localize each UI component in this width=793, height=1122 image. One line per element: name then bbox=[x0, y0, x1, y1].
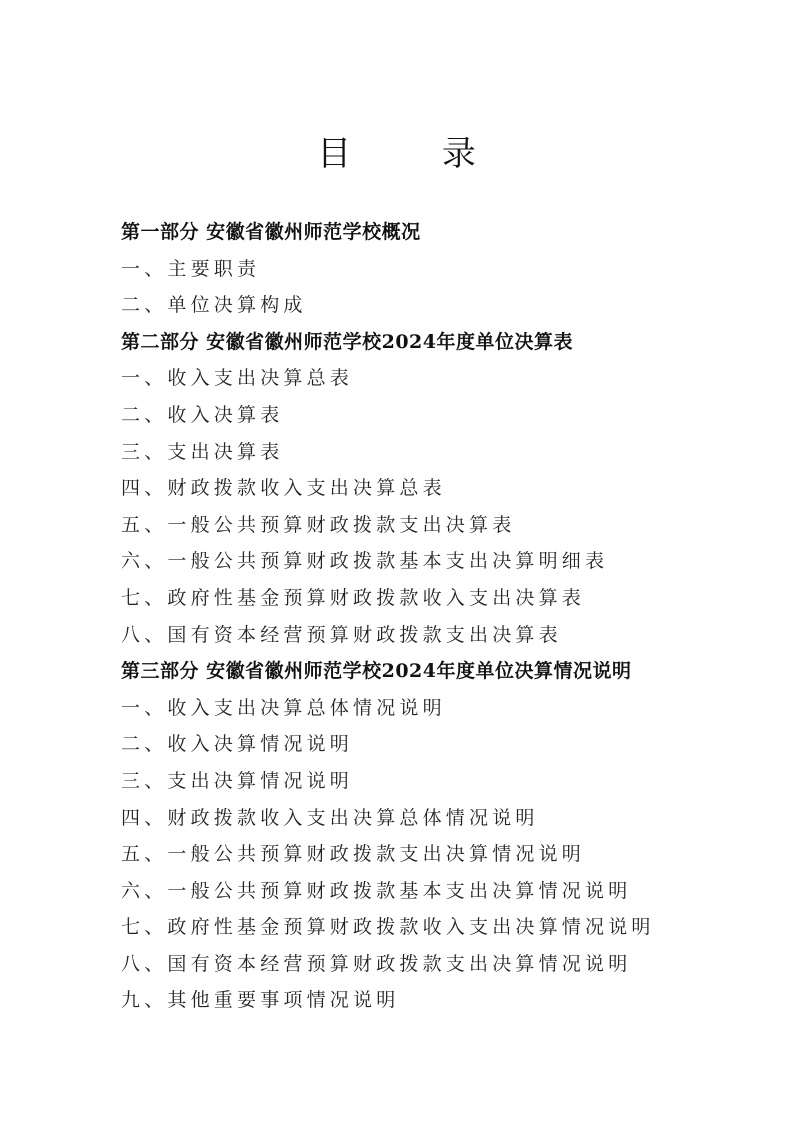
toc-section-heading[interactable]: 第一部分 安徽省徽州师范学校概况 bbox=[121, 214, 741, 251]
toc-item[interactable]: 四、财政拨款收入支出决算总体情况说明 bbox=[121, 800, 741, 837]
toc-item[interactable]: 八、国有资本经营预算财政拨款支出决算情况说明 bbox=[121, 946, 741, 983]
toc-item[interactable]: 一、收入支出决算总表 bbox=[121, 360, 741, 397]
toc-item[interactable]: 五、一般公共预算财政拨款支出决算表 bbox=[121, 507, 741, 544]
page-title: 目 录 bbox=[0, 132, 793, 176]
toc-item[interactable]: 八、国有资本经营预算财政拨款支出决算表 bbox=[121, 617, 741, 654]
toc-item[interactable]: 六、一般公共预算财政拨款基本支出决算明细表 bbox=[121, 543, 741, 580]
toc-item[interactable]: 二、单位决算构成 bbox=[121, 287, 741, 324]
toc-item[interactable]: 二、收入决算表 bbox=[121, 397, 741, 434]
toc-item[interactable]: 一、收入支出决算总体情况说明 bbox=[121, 690, 741, 727]
toc-section-heading[interactable]: 第三部分 安徽省徽州师范学校2024年度单位决算情况说明 bbox=[121, 653, 741, 690]
toc-item[interactable]: 五、一般公共预算财政拨款支出决算情况说明 bbox=[121, 836, 741, 873]
toc-item[interactable]: 六、一般公共预算财政拨款基本支出决算情况说明 bbox=[121, 873, 741, 910]
toc-section-heading[interactable]: 第二部分 安徽省徽州师范学校2024年度单位决算表 bbox=[121, 324, 741, 361]
toc-item[interactable]: 一、主要职责 bbox=[121, 251, 741, 288]
table-of-contents: 第一部分 安徽省徽州师范学校概况 一、主要职责 二、单位决算构成 第二部分 安徽… bbox=[121, 214, 741, 1019]
toc-item[interactable]: 九、其他重要事项情况说明 bbox=[121, 982, 741, 1019]
toc-item[interactable]: 四、财政拨款收入支出决算总表 bbox=[121, 470, 741, 507]
toc-item[interactable]: 七、政府性基金预算财政拨款收入支出决算表 bbox=[121, 580, 741, 617]
toc-item[interactable]: 二、收入决算情况说明 bbox=[121, 726, 741, 763]
toc-item[interactable]: 三、支出决算情况说明 bbox=[121, 763, 741, 800]
toc-item[interactable]: 七、政府性基金预算财政拨款收入支出决算情况说明 bbox=[121, 909, 741, 946]
toc-item[interactable]: 三、支出决算表 bbox=[121, 434, 741, 471]
